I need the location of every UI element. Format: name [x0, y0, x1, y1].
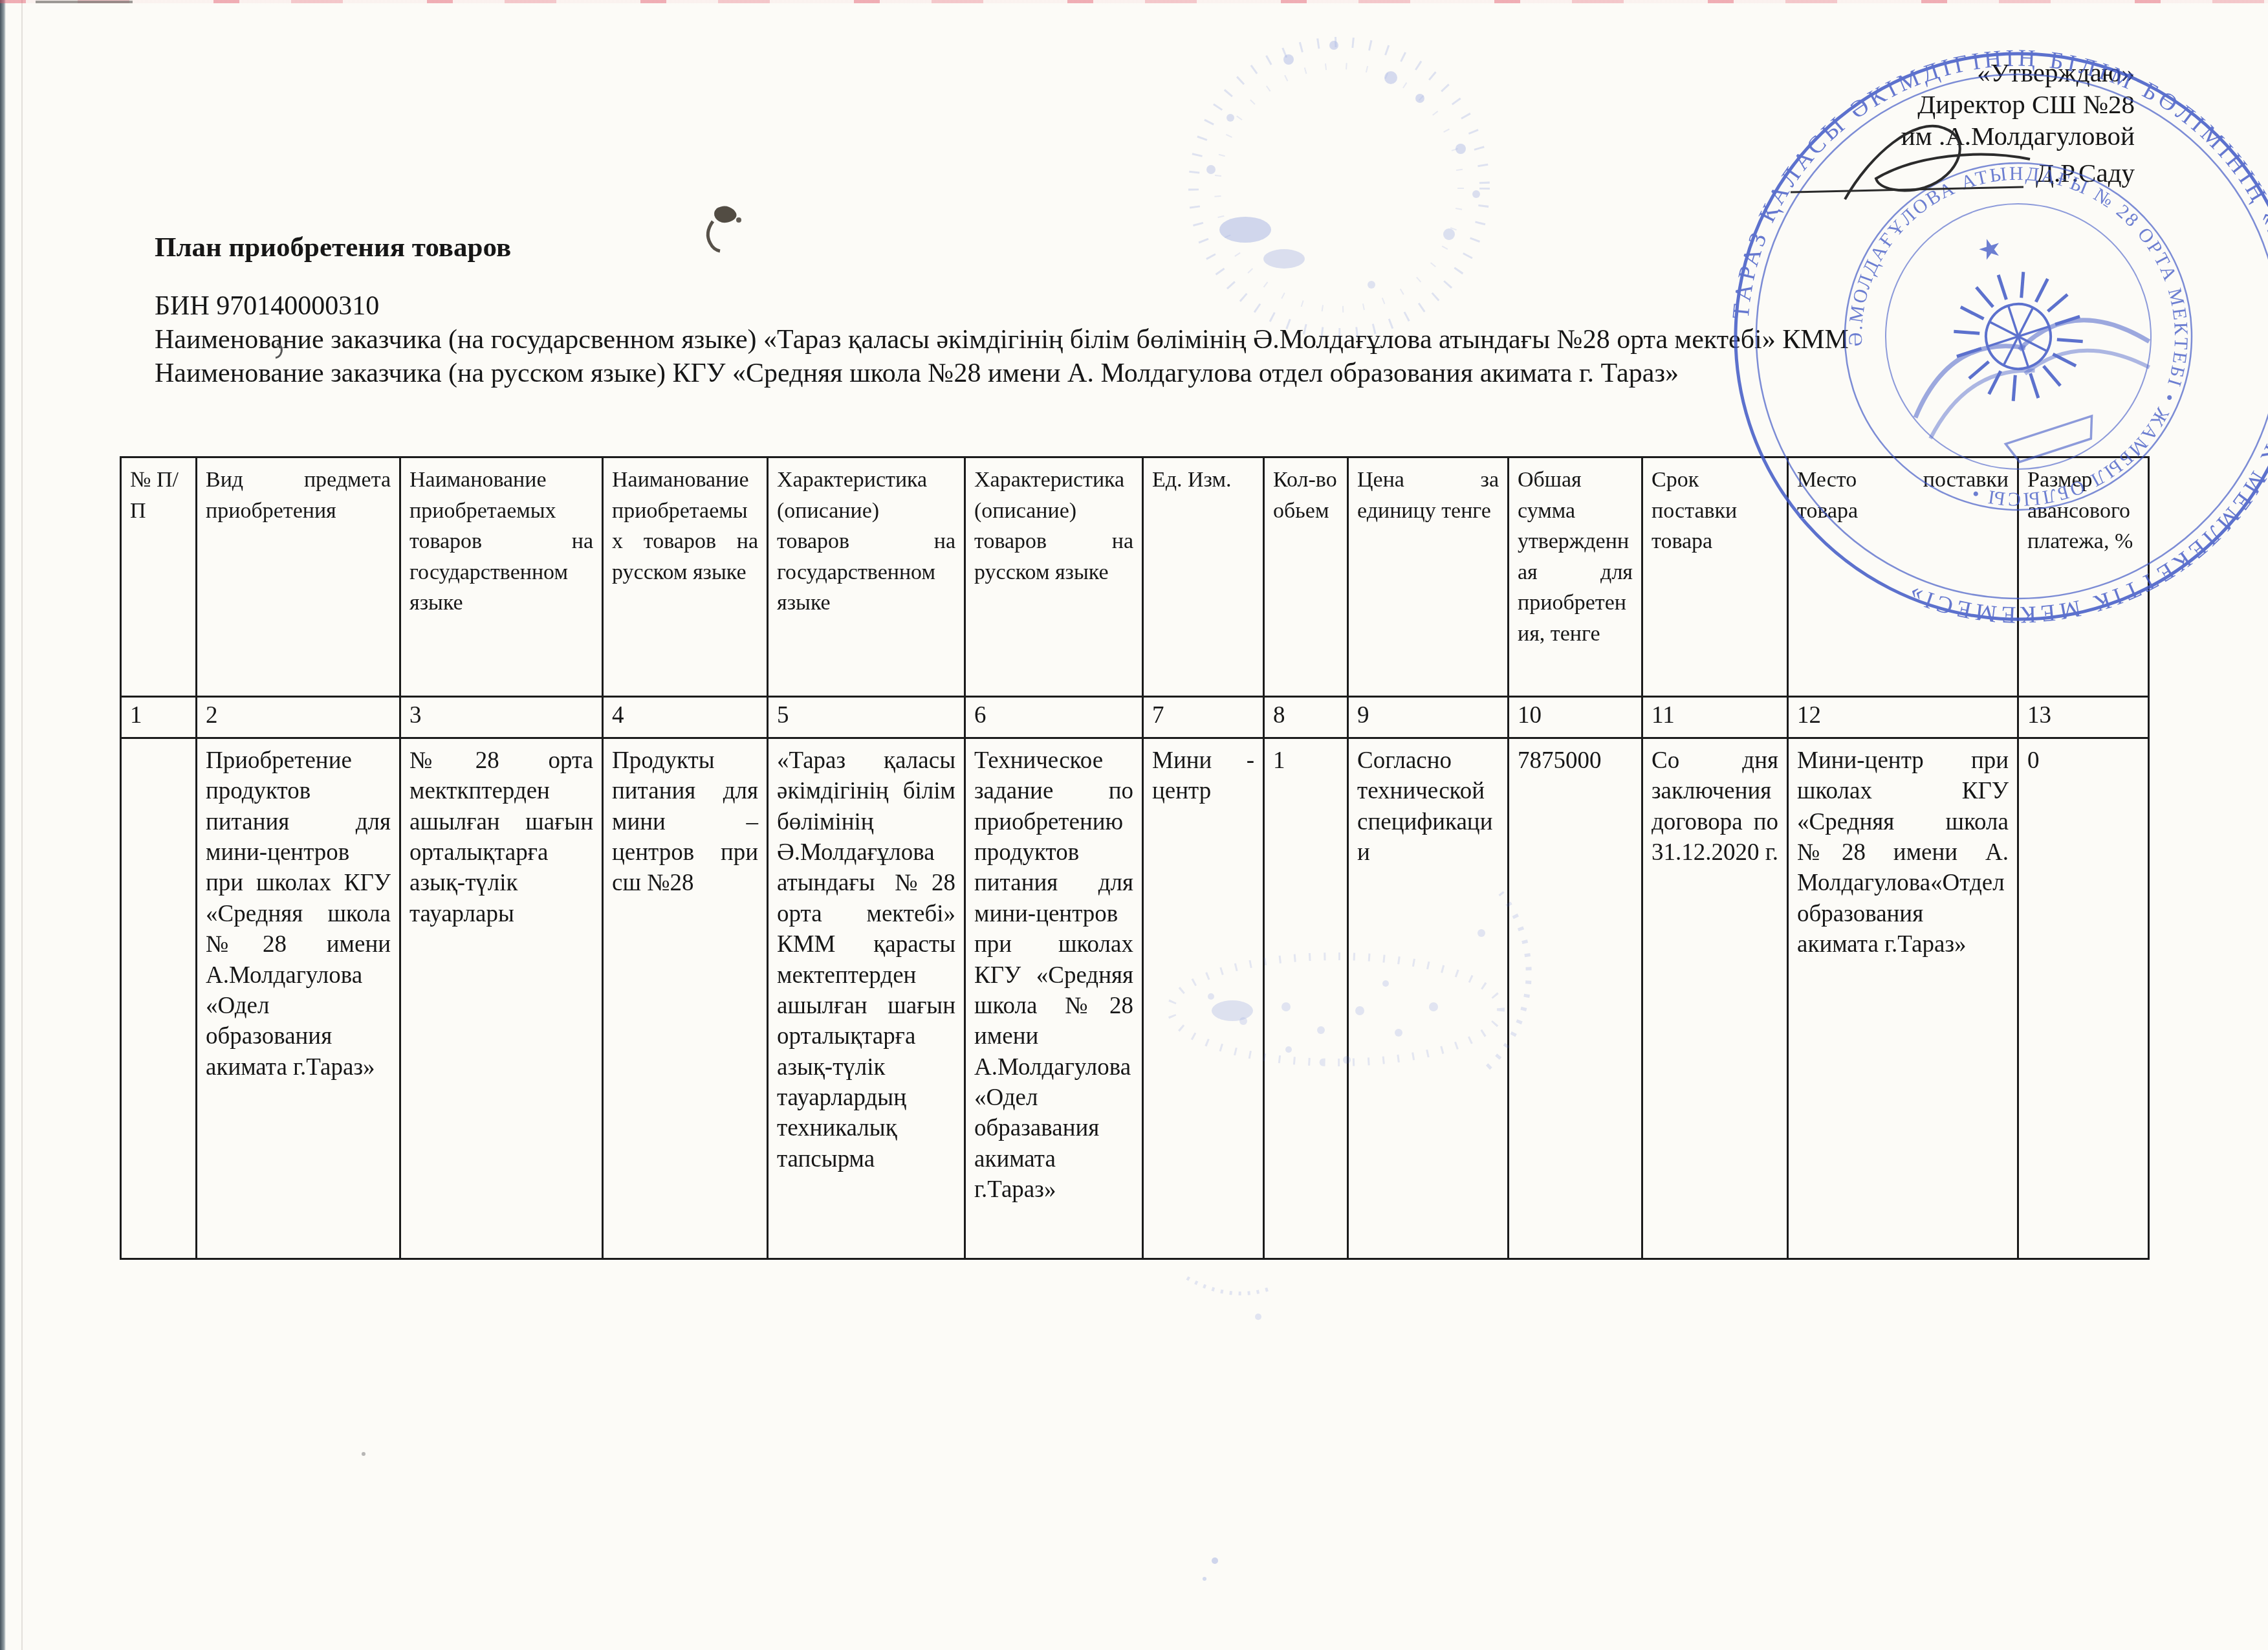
cell-qty: 1	[1264, 738, 1348, 1259]
colnum-cell-8: 8	[1264, 697, 1348, 738]
svg-text:★: ★	[1974, 232, 2006, 267]
cell-name-ru: Продукты питания для мини – центров при …	[603, 738, 768, 1259]
header-col-delivery-place: Место поставки товара	[1788, 457, 2018, 697]
ghost-stamp-top-icon	[1194, 41, 1485, 333]
paper-speck-dot	[362, 1452, 365, 1456]
procurement-plan-table: № П/П Вид предмета приобретения Наиманов…	[120, 456, 2150, 1260]
colnum-cell-6: 6	[965, 697, 1143, 738]
column-number-row: 1 2 3 4 5 6 7 8 9 10 11 12 13	[121, 697, 2149, 738]
header-col-subject-type: Вид предмета приобретения	[197, 457, 400, 697]
colnum-cell-3: 3	[400, 697, 603, 738]
colnum-cell-4: 4	[603, 697, 768, 738]
cell-delivery-term: Со дня заключения договора по 31.12.2020…	[1642, 738, 1788, 1259]
colnum-cell-12: 12	[1788, 697, 2018, 738]
header-col-name-kz: Наиманование приобретаемых товаров на го…	[400, 457, 603, 697]
approval-line-3: им .А.Молдагуловой	[1643, 120, 2135, 152]
table-row: Приобретение продуктов питания для мини-…	[121, 738, 2149, 1259]
header-col-desc-ru: Характеристика (описание) товаров на рус…	[965, 457, 1143, 697]
bin-line: БИН 970140000310	[155, 291, 379, 322]
colnum-cell-2: 2	[197, 697, 400, 738]
colnum-cell-7: 7	[1143, 697, 1264, 738]
cell-desc-kz: «Тараз қаласы әкімдігінің білім бөліміні…	[768, 738, 965, 1259]
paper-fold-line	[21, 0, 23, 1650]
approval-line-2: Директор СШ №28	[1643, 89, 2135, 120]
cell-unit: Мини - центр	[1143, 738, 1264, 1259]
customer-name-ru-line: Наименование заказчика (на русском языке…	[155, 358, 1679, 389]
customer-name-kz-line: Наименование заказчика (на государсвенно…	[155, 324, 1849, 355]
header-col-name-ru: Наиманование приобретаемых товаров на ру…	[603, 457, 768, 697]
ink-blot	[708, 206, 741, 251]
page: «Утверждаю» Директор СШ №28 им .А.Молдаг…	[0, 0, 2268, 1650]
cell-name-kz: №28 орта мекткптерден ашылған шағын орта…	[400, 738, 603, 1259]
paper-edge-left	[0, 0, 6, 1650]
cell-desc-ru: Техническое задание по приобретению прод…	[965, 738, 1143, 1259]
header-row: № П/П Вид предмета приобретения Наиманов…	[121, 457, 2149, 697]
header-col-qty: Кол-во обьем	[1264, 457, 1348, 697]
approval-block: «Утверждаю» Директор СШ №28 им .А.Молдаг…	[1643, 57, 2135, 189]
paper-edge-top	[0, 0, 2268, 3]
document-title: План приобретения товаров	[155, 232, 511, 263]
colnum-cell-13: 13	[2018, 697, 2149, 738]
cell-subject-type: Приобретение продуктов питания для мини-…	[197, 738, 400, 1259]
colnum-cell-5: 5	[768, 697, 965, 738]
header-col-advance: Размер авансового платежа, %	[2018, 457, 2149, 697]
cell-no	[121, 738, 197, 1259]
cell-unit-price: Согласно технической спецификации	[1348, 738, 1509, 1259]
header-col-total-sum: Обшая сумма утвержденная для приобретени…	[1509, 457, 1642, 697]
cell-advance: 0	[2018, 738, 2149, 1259]
colnum-cell-1: 1	[121, 697, 197, 738]
colnum-cell-9: 9	[1348, 697, 1509, 738]
colnum-cell-10: 10	[1509, 697, 1642, 738]
approval-line-1: «Утверждаю»	[1643, 57, 2135, 89]
approver-name: Д.Р.Саду	[1643, 157, 2135, 189]
cell-total-sum: 7875000	[1509, 738, 1642, 1259]
stamp-emblem-icon: ★	[1869, 197, 2172, 488]
header-col-no: № П/П	[121, 457, 197, 697]
scan-artifact-dash	[36, 1, 133, 3]
header-col-unit: Ед. Изм.	[1143, 457, 1264, 697]
cell-delivery-place: Мини-центр при школах КГУ «Средняя школа…	[1788, 738, 2018, 1259]
header-col-desc-kz: Характеристика (описание) товаров на гос…	[768, 457, 965, 697]
colnum-cell-11: 11	[1642, 697, 1788, 738]
header-col-unit-price: Цена за единицу тенге	[1348, 457, 1509, 697]
header-col-delivery-term: Срок поставки товара	[1642, 457, 1788, 697]
